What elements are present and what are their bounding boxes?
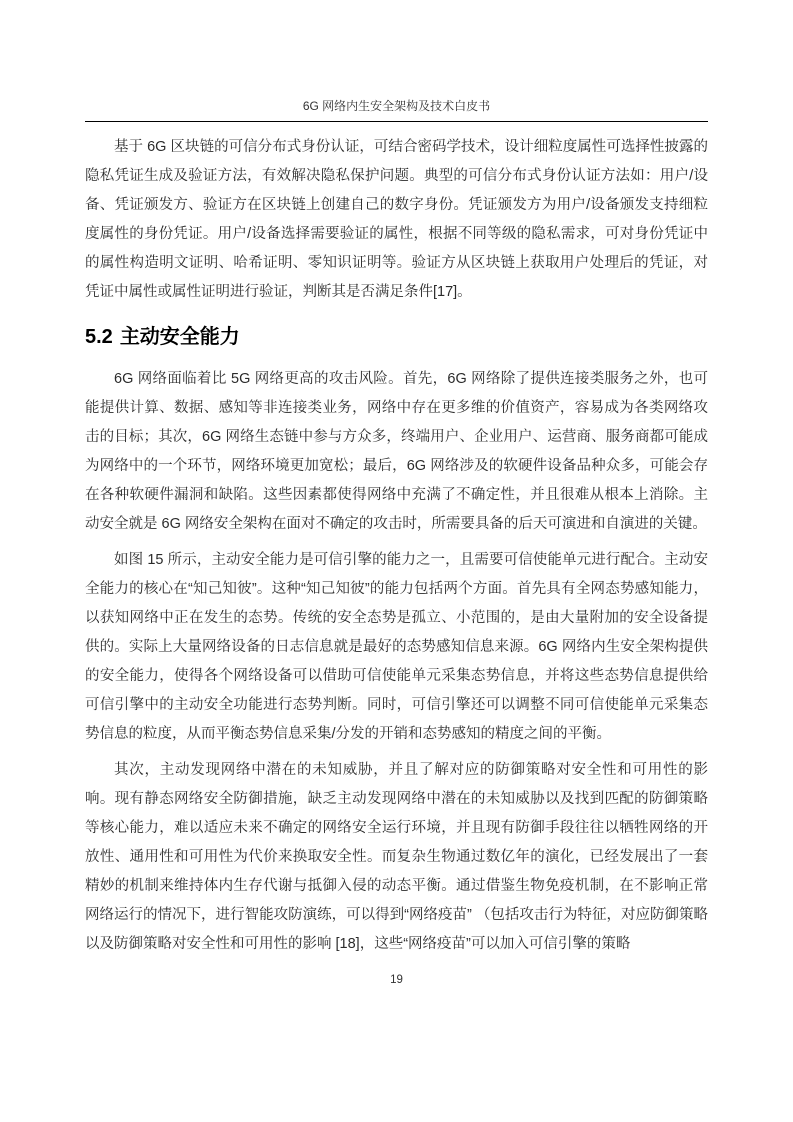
document-page: 6G 网络内生安全架构及技术白皮书 基于 6G 区块链的可信分布式身份认证，可结… [0, 0, 793, 1122]
page-header: 6G 网络内生安全架构及技术白皮书 [85, 97, 708, 122]
section-title: 主动安全能力 [120, 326, 240, 348]
paragraph-situational-awareness: 如图 15 所示，主动安全能力是可信引擎的能力之一，且需要可信使能单元进行配合。… [85, 546, 708, 749]
page-content: 基于 6G 区块链的可信分布式身份认证，可结合密码学技术，设计细粒度属性可选择性… [85, 133, 708, 966]
paragraph-unknown-threat-discovery: 其次，主动发现网络中潜在的未知威胁，并且了解对应的防御策略对安全性和可用性的影响… [85, 756, 708, 959]
section-number: 5.2 [85, 326, 113, 348]
page-number: 19 [0, 974, 793, 986]
header-title: 6G 网络内生安全架构及技术白皮书 [303, 99, 490, 113]
paragraph-6g-attack-risk: 6G 网络面临着比 5G 网络更高的攻击风险。首先，6G 网络除了提供连接类服务… [85, 365, 708, 539]
section-heading: 5.2主动安全能力 [85, 324, 708, 350]
paragraph-blockchain-identity: 基于 6G 区块链的可信分布式身份认证，可结合密码学技术，设计细粒度属性可选择性… [85, 133, 708, 307]
